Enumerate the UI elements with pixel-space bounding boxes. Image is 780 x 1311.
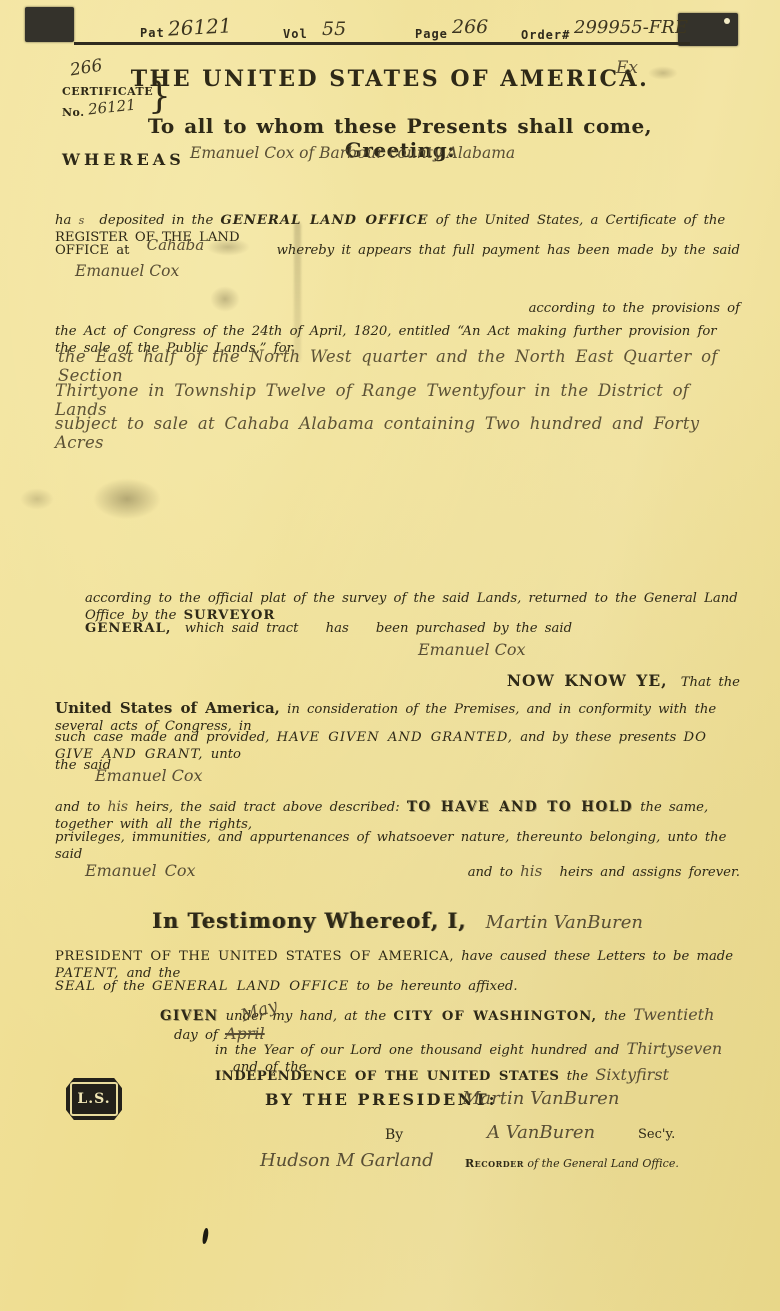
grantee-name-handwriting-2: Emanuel Cox <box>85 862 196 879</box>
president-caps-line: PRESIDENT OF THE UNITED STATES OF AMERIC… <box>55 948 740 982</box>
grant-line-4: and to his heirs, the said tract above d… <box>55 799 740 833</box>
text-whereby: whereby it appears that full payment has… <box>277 242 740 259</box>
independence-line: INDEPENDENCE OF THE UNITED STATES the Si… <box>215 1066 740 1085</box>
president-signature-handwriting: Martin VanBuren <box>462 1088 619 1109</box>
ls-seal-badge: L.S. <box>66 1078 122 1120</box>
ex-annotation: Ex <box>616 58 638 78</box>
order-value: 299955-FRE <box>574 17 688 38</box>
text-year-line: in the Year of our Lord one thousand eig… <box>215 1043 619 1058</box>
recorder-label-caps: Recorder <box>465 1157 524 1170</box>
land-patent-document: Pat 26121 Vol 55 Page 266 Order# 299955-… <box>0 0 780 1311</box>
corner-block-left <box>25 7 74 42</box>
president-name-handwriting: Martin VanBuren <box>486 912 643 933</box>
grantee-intro-handwriting: Emanuel Cox of Barbour county Alabama <box>190 144 515 162</box>
day-handwriting: Twentieth <box>633 1005 714 1024</box>
page-value: 266 <box>452 16 488 38</box>
text-general-land-office: GENERAL LAND OFFICE <box>220 213 428 228</box>
stray-ink-mark <box>202 1228 209 1245</box>
text-and-to: and to <box>55 800 100 815</box>
seal-line: SEAL of the GENERAL LAND OFFICE to be he… <box>55 978 740 995</box>
handwritten-page-number: 266 <box>69 56 104 81</box>
year-handwriting: Thirtyseven <box>627 1039 723 1058</box>
text-of-us: of the United States, a Certificate of t… <box>436 213 726 228</box>
text-caused: have caused these Letters to be made <box>461 949 733 964</box>
ink-smudge <box>92 478 162 520</box>
land-office-place-handwriting: Cahaba <box>147 236 205 254</box>
text-in-testimony: In Testimony Whereof, I, <box>152 908 466 933</box>
text-presents: and by these presents <box>520 730 676 745</box>
text-given: GIVEN <box>160 1008 218 1024</box>
deposit-line-2: OFFICE at Cahaba whereby it appears that… <box>55 241 740 259</box>
secretary-signature-handwriting: A VanBuren <box>487 1122 595 1143</box>
pat-value: 26121 <box>167 13 232 40</box>
certificate-no-label: No. <box>62 106 85 119</box>
certificate-brace: } <box>148 76 171 117</box>
now-know-ye-line: NOW KNOW YE, That the <box>55 672 740 691</box>
his-handwriting-2: his <box>520 862 542 880</box>
survey-line-1: according to the official plat of the su… <box>85 590 740 624</box>
text-to-have-and-to-hold: TO HAVE AND TO HOLD <box>407 799 633 815</box>
text-which-tract: which said tract <box>185 621 299 636</box>
survey-line-2: GENERAL, which said tract has been purch… <box>85 620 740 637</box>
text-usa: United States of America, <box>55 699 280 717</box>
top-rule <box>74 42 690 45</box>
text-office-at: OFFICE at <box>55 243 129 258</box>
office-at-group: OFFICE at Cahaba <box>55 241 204 259</box>
ls-seal-label: L.S. <box>70 1082 118 1116</box>
independence-year-handwriting: Sixtyfirst <box>595 1065 669 1084</box>
text-affixed: to be hereunto affixed. <box>357 979 518 994</box>
land-description-line-3: subject to sale at Cahaba Alabama contai… <box>55 414 730 452</box>
text-the-1: the <box>604 1009 626 1024</box>
recorder-label: Recorder of the General Land Office. <box>465 1157 679 1170</box>
order-label: Order# <box>521 28 570 42</box>
handwritten-s: s <box>79 214 85 227</box>
ink-smudge <box>20 488 54 510</box>
text-seal: SEAL <box>55 979 96 994</box>
text-the-2: the <box>567 1069 589 1084</box>
according-provisions-line: according to the provisions of <box>55 300 740 317</box>
his-handwriting-1: his <box>107 799 128 815</box>
heirs-forever-group: and to his heirs and assigns forever. <box>468 863 740 881</box>
grant-line-5: privileges, immunities, and appurtenance… <box>55 829 740 863</box>
grantee-name-handwriting: Emanuel Cox <box>95 766 203 785</box>
text-now-know-ye: NOW KNOW YE, <box>507 671 668 690</box>
text-of-the: of the <box>103 979 145 994</box>
text-purchased: been purchased by the said <box>376 621 572 636</box>
text-glo-2: GENERAL LAND OFFICE <box>152 979 349 994</box>
text-have-given: HAVE GIVEN AND GRANTED, <box>277 730 513 745</box>
document-title: THE UNITED STATES OF AMERICA. <box>120 66 660 92</box>
page-label: Page <box>415 27 448 41</box>
grant-line-6: Emanuel Cox and to his heirs and assigns… <box>55 862 740 881</box>
text-has: has <box>326 621 349 636</box>
land-description-line-1: the East half of the North West quarter … <box>58 347 720 385</box>
text-that-the: That the <box>681 675 740 690</box>
text-day-of: day of <box>174 1028 218 1043</box>
recorder-label-rest: of the General Land Office. <box>527 1157 678 1170</box>
pat-label: Pat <box>140 26 165 40</box>
by-label: By <box>385 1127 403 1143</box>
vol-value: 55 <box>322 18 346 40</box>
secy-label: Sec'y. <box>638 1127 675 1142</box>
text-city-of-washington: CITY OF WASHINGTON, <box>393 1009 597 1024</box>
punch-hole-dot <box>724 18 730 24</box>
recorder-signature-handwriting: Hudson M Garland <box>260 1150 434 1171</box>
text-president-caps: PRESIDENT OF THE UNITED STATES OF AMERIC… <box>55 949 454 964</box>
certificate-label: CERTIFICATE <box>62 85 153 98</box>
text-independence: INDEPENDENCE OF THE UNITED STATES <box>215 1069 559 1084</box>
text-deposited: deposited in the <box>99 213 213 228</box>
text-general: GENERAL, <box>85 621 171 636</box>
text-heirs-tract: heirs, the said tract above described: <box>135 800 399 815</box>
payer-name-handwriting: Emanuel Cox <box>75 262 179 280</box>
text-and-to-2: and to <box>468 865 513 880</box>
whereas-label: WHEREAS <box>62 150 185 169</box>
text-heirs-forever: heirs and assigns forever. <box>559 865 740 880</box>
text-such-case: such case made and provided, <box>55 730 269 745</box>
purchaser-name-handwriting: Emanuel Cox <box>418 640 526 659</box>
text-ha: ha <box>55 213 71 228</box>
testimony-line: In Testimony Whereof, I, Martin VanBuren <box>55 908 740 933</box>
vol-label: Vol <box>283 27 308 41</box>
